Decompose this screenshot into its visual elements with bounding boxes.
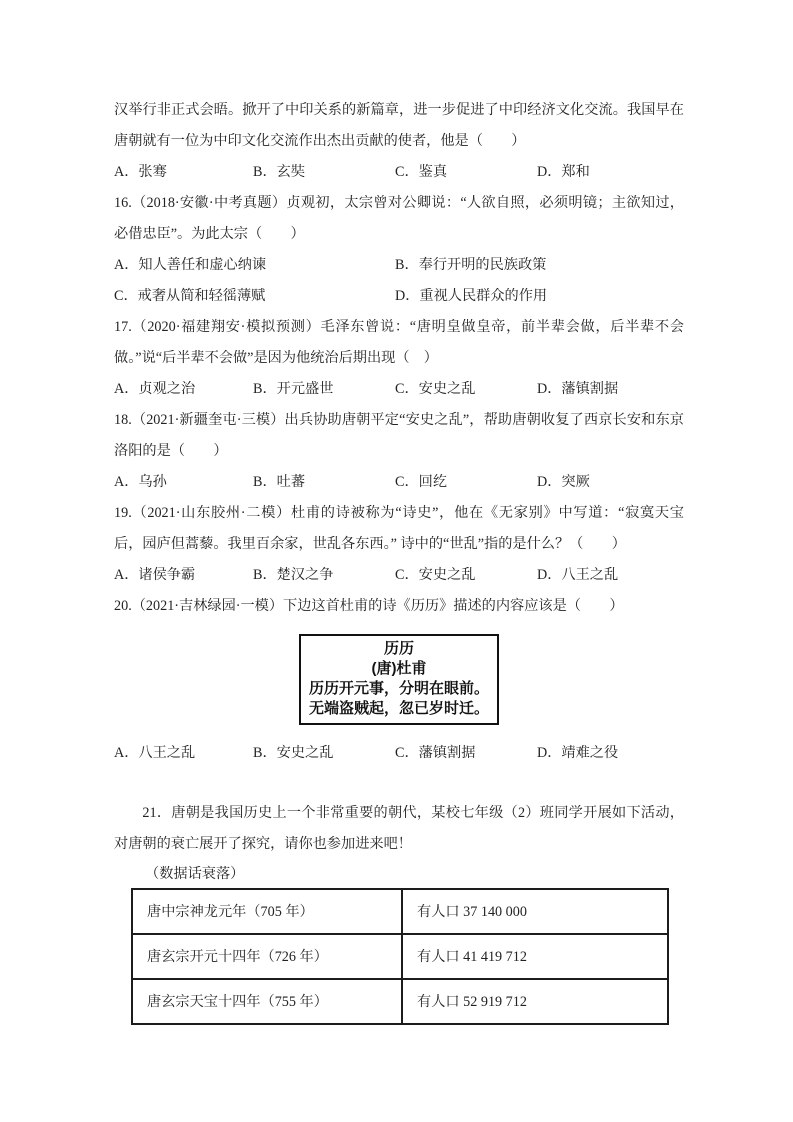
options-row: C．戒奢从简和轻徭薄赋 D．重视人民群众的作用 xyxy=(114,281,684,312)
option-d: D．重视人民群众的作用 xyxy=(395,281,684,312)
poem-image-box: 历历 (唐)杜甫 历历开元事，分明在眼前。 无端盗贼起，忽已岁时迁。 xyxy=(299,634,499,725)
question-stem: 18.（2021·新疆奎屯·三模）出兵协助唐朝平定“安史之乱”，帮助唐朝收复了西… xyxy=(114,405,684,467)
table-cell-era: 唐中宗神龙元年（705 年） xyxy=(132,889,402,934)
options-row: A．贞观之治 B．开元盛世 C．安史之乱 D．藩镇割据 xyxy=(114,374,684,405)
option-b: B．开元盛世 xyxy=(253,374,395,405)
poem-verse-2: 无端盗贼起，忽已岁时迁。 xyxy=(301,699,497,719)
option-c: C．藩镇割据 xyxy=(395,738,537,769)
option-d: D．藩镇割据 xyxy=(537,374,684,405)
population-table: 唐中宗神龙元年（705 年） 有人口 37 140 000 唐玄宗开元十四年（7… xyxy=(131,888,669,1025)
option-b: B．楚汉之争 xyxy=(253,560,395,591)
options-row: A．张骞 B．玄奘 C．鉴真 D．郑和 xyxy=(114,157,684,188)
question-block-18: 18.（2021·新疆奎屯·三模）出兵协助唐朝平定“安史之乱”，帮助唐朝收复了西… xyxy=(114,405,684,498)
option-d: D．靖难之役 xyxy=(537,738,684,769)
option-a: A．八王之乱 xyxy=(114,738,253,769)
option-a: A．贞观之治 xyxy=(114,374,253,405)
document-page: 汉举行非正式会晤。掀开了中印关系的新篇章，进一步促进了中印经济文化交流。我国早在… xyxy=(0,0,793,1122)
option-b: B．安史之乱 xyxy=(253,738,395,769)
option-a: A．知人善任和虚心纳谏 xyxy=(114,250,395,281)
option-b: B．玄奘 xyxy=(253,157,395,188)
option-c: C．安史之乱 xyxy=(395,374,537,405)
options-row: A．诸侯争霸 B．楚汉之争 C．安史之乱 D．八王之乱 xyxy=(114,560,684,591)
question-stem: 20.（2021·吉林绿园·一模）下边这首杜甫的诗《历历》描述的内容应该是（ ） xyxy=(114,591,684,622)
option-d: D．突厥 xyxy=(537,467,684,498)
options-row: A．知人善任和虚心纳谏 B．奉行开明的民族政策 xyxy=(114,250,684,281)
table-cell-population: 有人口 37 140 000 xyxy=(402,889,668,934)
option-a: A．张骞 xyxy=(114,157,253,188)
poem-verse-1: 历历开元事，分明在眼前。 xyxy=(301,679,497,699)
option-b: B．奉行开明的民族政策 xyxy=(395,250,684,281)
question-stem: 17.（2020·福建翔安·模拟预测）毛泽东曾说：“唐明皇做皇帝，前半辈会做，后… xyxy=(114,312,684,374)
question-stem: 汉举行非正式会晤。掀开了中印关系的新篇章，进一步促进了中印经济文化交流。我国早在… xyxy=(114,95,684,157)
options-row: A．乌孙 B．吐蕃 C．回纥 D．突厥 xyxy=(114,467,684,498)
option-c: C．鉴真 xyxy=(395,157,537,188)
question-block-21: 21．唐朝是我国历史上一个非常重要的朝代，某校七年级（2）班同学开展如下活动，对… xyxy=(114,798,684,1025)
question-stem: 16.（2018·安徽·中考真题）贞观初，太宗曾对公卿说：“人欲自照，必须明镜；… xyxy=(114,188,684,250)
option-b: B．吐蕃 xyxy=(253,467,395,498)
option-c: C．戒奢从简和轻徭薄赋 xyxy=(114,281,395,312)
table-cell-era: 唐玄宗开元十四年（726 年） xyxy=(132,934,402,979)
page-content: 汉举行非正式会晤。掀开了中印关系的新篇章，进一步促进了中印经济文化交流。我国早在… xyxy=(114,95,684,1025)
question-stem: 19.（2021·山东胶州·二模）杜甫的诗被称为“诗史”，他在《无家别》中写道：… xyxy=(114,498,684,560)
table-row: 唐玄宗天宝十四年（755 年） 有人口 52 919 712 xyxy=(132,979,668,1024)
poem-title: 历历 xyxy=(301,639,497,659)
data-section-label: （数据话衰落） xyxy=(114,860,684,888)
option-c: C．回纥 xyxy=(395,467,537,498)
table-cell-population: 有人口 41 419 712 xyxy=(402,934,668,979)
option-d: D．郑和 xyxy=(537,157,684,188)
question-block-20: 20.（2021·吉林绿园·一模）下边这首杜甫的诗《历历》描述的内容应该是（ ）… xyxy=(114,591,684,769)
table-cell-era: 唐玄宗天宝十四年（755 年） xyxy=(132,979,402,1024)
option-a: A．诸侯争霸 xyxy=(114,560,253,591)
option-a: A．乌孙 xyxy=(114,467,253,498)
option-c: C．安史之乱 xyxy=(395,560,537,591)
table-cell-population: 有人口 52 919 712 xyxy=(402,979,668,1024)
question-block-17: 17.（2020·福建翔安·模拟预测）毛泽东曾说：“唐明皇做皇帝，前半辈会做，后… xyxy=(114,312,684,405)
question-stem: 21．唐朝是我国历史上一个非常重要的朝代，某校七年级（2）班同学开展如下活动，对… xyxy=(114,798,684,860)
question-block-15-continuation: 汉举行非正式会晤。掀开了中印关系的新篇章，进一步促进了中印经济文化交流。我国早在… xyxy=(114,95,684,188)
options-row: A．八王之乱 B．安史之乱 C．藩镇割据 D．靖难之役 xyxy=(114,738,684,769)
table-row: 唐玄宗开元十四年（726 年） 有人口 41 419 712 xyxy=(132,934,668,979)
question-block-16: 16.（2018·安徽·中考真题）贞观初，太宗曾对公卿说：“人欲自照，必须明镜；… xyxy=(114,188,684,312)
poem-author: (唐)杜甫 xyxy=(301,659,497,679)
option-d: D．八王之乱 xyxy=(537,560,684,591)
table-row: 唐中宗神龙元年（705 年） 有人口 37 140 000 xyxy=(132,889,668,934)
question-block-19: 19.（2021·山东胶州·二模）杜甫的诗被称为“诗史”，他在《无家别》中写道：… xyxy=(114,498,684,591)
